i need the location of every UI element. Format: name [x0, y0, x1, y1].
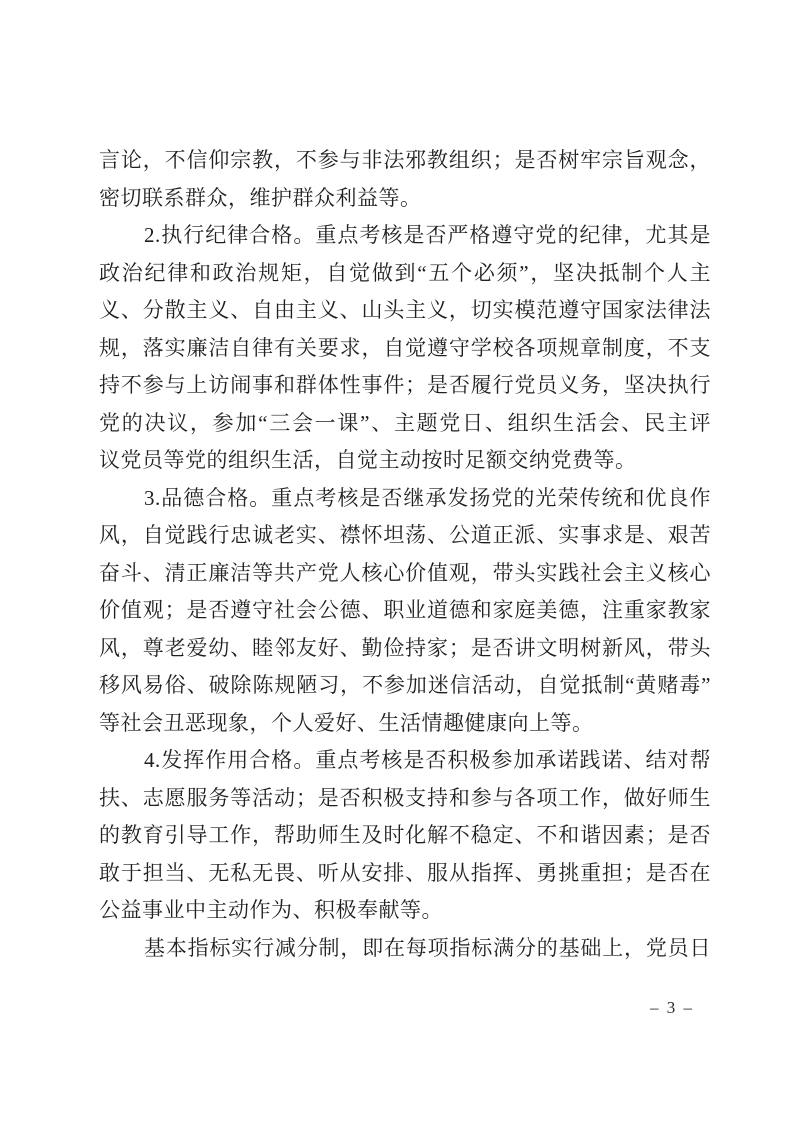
text-line: 扶、志愿服务等活动；是否积极支持和参与各项工作，做好师生: [99, 780, 711, 818]
page-number: – 3 –: [650, 998, 694, 1018]
text-line: 言论，不信仰宗教，不参与非法邪教组织；是否树牢宗旨观念，: [99, 142, 711, 180]
text-line: 议党员等党的组织生活，自觉主动按时足额交纳党费等。: [99, 442, 711, 480]
text-line: 2.执行纪律合格。重点考核是否严格遵守党的纪律，尤其是: [99, 217, 711, 255]
text-line: 政治纪律和政治规矩，自觉做到“五个必须”，坚决抵制个人主: [99, 255, 711, 293]
text-block: 言论，不信仰宗教，不参与非法邪教组织；是否树牢宗旨观念，密切联系群众，维护群众利…: [99, 142, 711, 967]
text-line: 基本指标实行减分制，即在每项指标满分的基础上，党员日: [99, 930, 711, 968]
text-line: 持不参与上访闹事和群体性事件；是否履行党员义务，坚决执行: [99, 367, 711, 405]
text-line: 风，尊老爱幼、睦邻友好、勤俭持家；是否讲文明树新风，带头: [99, 630, 711, 668]
text-line: 规，落实廉洁自律有关要求，自觉遵守学校各项规章制度，不支: [99, 330, 711, 368]
text-line: 的教育引导工作，帮助师生及时化解不稳定、不和谐因素；是否: [99, 817, 711, 855]
text-line: 3.品德合格。重点考核是否继承发扬党的光荣传统和优良作: [99, 480, 711, 518]
text-line: 价值观；是否遵守社会公德、职业道德和家庭美德，注重家教家: [99, 592, 711, 630]
text-line: 等社会丑恶现象，个人爱好、生活情趣健康向上等。: [99, 705, 711, 743]
text-line: 风，自觉践行忠诚老实、襟怀坦荡、公道正派、实事求是、艰苦: [99, 517, 711, 555]
text-line: 4.发挥作用合格。重点考核是否积极参加承诺践诺、结对帮: [99, 742, 711, 780]
document-page: 言论，不信仰宗教，不参与非法邪教组织；是否树牢宗旨观念，密切联系群众，维护群众利…: [0, 0, 794, 1123]
text-line: 党的决议，参加“三会一课”、主题党日、组织生活会、民主评: [99, 405, 711, 443]
text-line: 公益事业中主动作为、积极奉献等。: [99, 892, 711, 930]
text-line: 敢于担当、无私无畏、听从安排、服从指挥、勇挑重担；是否在: [99, 855, 711, 893]
text-line: 奋斗、清正廉洁等共产党人核心价值观，带头实践社会主义核心: [99, 555, 711, 593]
text-line: 密切联系群众，维护群众利益等。: [99, 180, 711, 218]
text-line: 移风易俗、破除陈规陋习，不参加迷信活动，自觉抵制“黄赌毒”: [99, 667, 711, 705]
text-line: 义、分散主义、自由主义、山头主义，切实模范遵守国家法律法: [99, 292, 711, 330]
